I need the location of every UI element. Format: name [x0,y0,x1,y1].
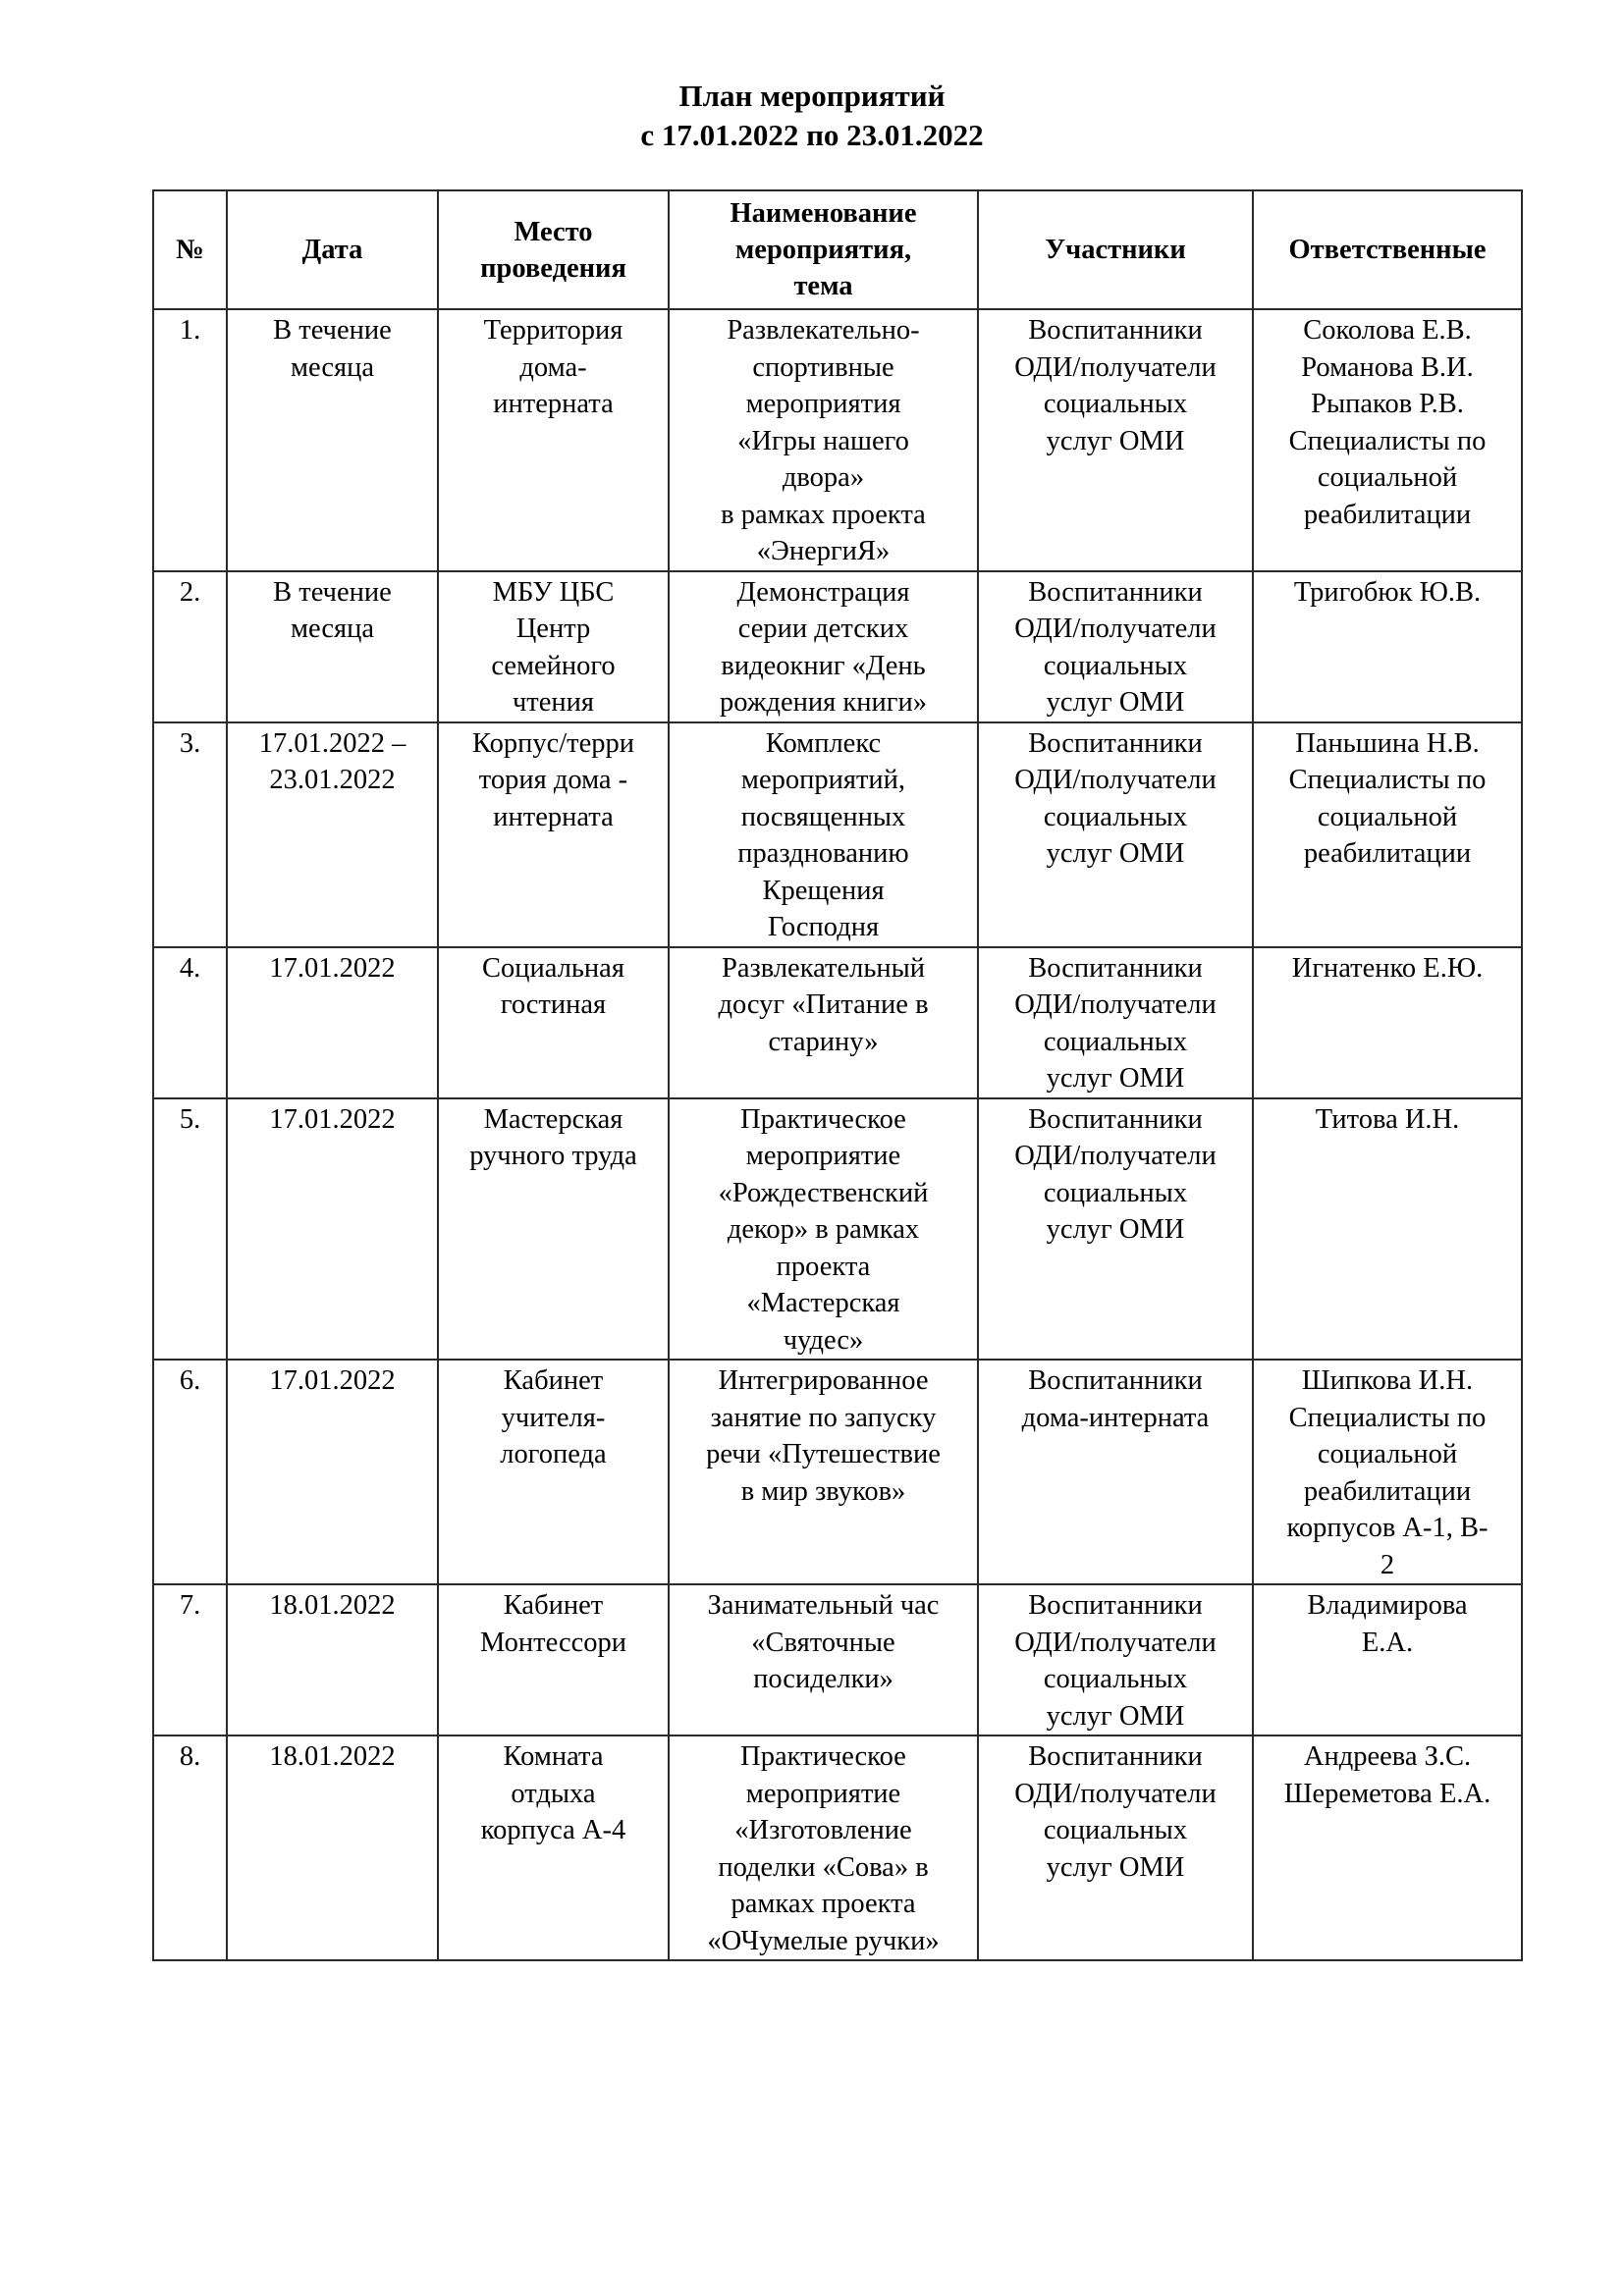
cell-text-line: Рыпаков Р.В. [1258,386,1517,423]
cell-text-line: Комплекс [674,725,973,763]
cell-text-line: декор» в рамках [674,1211,973,1249]
cell-text-line: видеокниг «День [674,648,973,685]
table-row: 3.17.01.2022 –23.01.2022Корпус/территори… [153,722,1522,947]
table-row: 4.17.01.2022СоциальнаягостинаяРазвлекате… [153,947,1522,1098]
cell-participants: ВоспитанникиОДИ/получателисоциальныхуслу… [978,1735,1253,1960]
cell-place: Корпус/территория дома -интерната [438,722,669,947]
cell-text-line: семейного [443,648,664,685]
cell-text-line: услуг ОМИ [983,1211,1248,1249]
cell-text-line: проекта [674,1249,973,1286]
cell-date: 18.01.2022 [227,1735,438,1960]
cell-date: В течениемесяца [227,309,438,571]
cell-text-line: социальных [983,1661,1248,1698]
cell-date: 17.01.2022 [227,947,438,1098]
cell-text-line: 2 [1258,1547,1517,1584]
cell-text-line: двора» [674,459,973,497]
cell-text-line: Паньшина Н.В. [1258,725,1517,763]
cell-date: В течениемесяца [227,571,438,722]
table-header-row: № Дата Место проведения Наименование мер… [153,190,1522,309]
cell-text-line: празднованию [674,835,973,873]
document-title: План мероприятий [0,77,1624,116]
cell-text-line: Воспитанники [983,1738,1248,1776]
cell-text-line: Практическое [674,1101,973,1139]
cell-place: МБУ ЦБСЦентрсемейногочтения [438,571,669,722]
cell-event-name: Комплексмероприятий,посвященныхпразднова… [669,722,978,947]
cell-text-line: социальных [983,648,1248,685]
cell-text-line: мероприятий, [674,762,973,799]
cell-text-line: «ЭнергиЯ» [674,533,973,570]
cell-text-line: ручного труда [443,1138,664,1175]
cell-date: 18.01.2022 [227,1584,438,1735]
cell-text-line: ОДИ/получатели [983,611,1248,648]
cell-text-line: мероприятие [674,1138,973,1175]
cell-text-line: Корпус/терри [443,725,664,763]
cell-text-line: посвященных [674,799,973,836]
cell-text-line: месяца [232,611,433,648]
cell-text-line: Воспитанники [983,1101,1248,1139]
cell-text-line: услуг ОМИ [983,423,1248,460]
cell-text-line: мероприятие [674,1776,973,1813]
cell-text-line: социальных [983,1024,1248,1061]
table-row: 1.В течениемесяцаТерриториядома-интернат… [153,309,1522,571]
cell-text-line: гостиная [443,987,664,1024]
table-row: 6.17.01.2022Кабинетучителя-логопедаИнтег… [153,1360,1522,1584]
cell-text-line: Кабинет [443,1362,664,1400]
cell-event-name: Демонстрациясерии детскихвидеокниг «День… [669,571,978,722]
cell-text-line: интерната [443,799,664,836]
cell-responsible: Титова И.Н. [1253,1098,1522,1361]
cell-text-line: «Изготовление [674,1812,973,1849]
cell-text-line: Воспитанники [983,950,1248,988]
cell-place: Социальнаягостиная [438,947,669,1098]
header-number: № [153,190,227,309]
cell-text-line: социальных [983,1175,1248,1212]
cell-text-line: дома- [443,349,664,387]
cell-text-line: Развлекательно- [674,312,973,349]
cell-text-line: Практическое [674,1738,973,1776]
cell-responsible: ВладимироваЕ.А. [1253,1584,1522,1735]
cell-text-line: Е.А. [1258,1625,1517,1662]
cell-text-line: серии детских [674,611,973,648]
cell-text-line: 18.01.2022 [232,1738,433,1776]
cell-text-line: услуг ОМИ [983,835,1248,873]
cell-participants: ВоспитанникиОДИ/получателисоциальныхуслу… [978,722,1253,947]
cell-text-line: месяца [232,349,433,387]
cell-event-name: Развлекательныйдосуг «Питание встарину» [669,947,978,1098]
cell-text-line: социальной [1258,799,1517,836]
cell-text-line: Мастерская [443,1101,664,1139]
table-row: 7.18.01.2022КабинетМонтессориЗанимательн… [153,1584,1522,1735]
cell-number: 1. [153,309,227,571]
cell-text-line: МБУ ЦБС [443,574,664,612]
cell-text-line: в рамках проекта [674,497,973,534]
cell-date: 17.01.2022 –23.01.2022 [227,722,438,947]
cell-event-name: Практическоемероприятие«Изготовлениеподе… [669,1735,978,1960]
cell-number: 5. [153,1098,227,1361]
cell-responsible: Шипкова И.Н.Специалисты посоциальнойреаб… [1253,1360,1522,1584]
cell-text-line: ОДИ/получатели [983,987,1248,1024]
cell-text-line: Развлекательный [674,950,973,988]
cell-text-line: мероприятия [674,386,973,423]
cell-date: 17.01.2022 [227,1098,438,1361]
cell-participants: ВоспитанникиОДИ/получателисоциальныхуслу… [978,309,1253,571]
cell-number: 3. [153,722,227,947]
cell-text-line: 23.01.2022 [232,762,433,799]
header-participants: Участники [978,190,1253,309]
cell-text-line: «Игры нашего [674,423,973,460]
cell-number: 8. [153,1735,227,1960]
cell-text-line: Территория [443,312,664,349]
cell-text-line: Владимирова [1258,1587,1517,1625]
document-header: План мероприятий с 17.01.2022 по 23.01.2… [0,77,1624,155]
cell-number: 4. [153,947,227,1098]
table-body: 1.В течениемесяцаТерриториядома-интернат… [153,309,1522,1960]
cell-text-line: реабилитации [1258,1473,1517,1511]
events-plan-table: № Дата Место проведения Наименование мер… [152,189,1523,1961]
cell-text-line: ОДИ/получатели [983,1776,1248,1813]
cell-participants: ВоспитанникиОДИ/получателисоциальныхуслу… [978,1584,1253,1735]
cell-text-line: услуг ОМИ [983,684,1248,721]
cell-text-line: 18.01.2022 [232,1587,433,1625]
cell-text-line: Титова И.Н. [1258,1101,1517,1139]
cell-text-line: Шипкова И.Н. [1258,1362,1517,1400]
cell-number: 2. [153,571,227,722]
cell-responsible: Соколова Е.В.Романова В.И.Рыпаков Р.В.Сп… [1253,309,1522,571]
cell-text-line: Специалисты по [1258,762,1517,799]
cell-date: 17.01.2022 [227,1360,438,1584]
cell-text-line: рамках проекта [674,1886,973,1923]
cell-text-line: корпусов А-1, В- [1258,1510,1517,1547]
cell-text-line: учителя- [443,1400,664,1437]
cell-text-line: 17.01.2022 [232,1362,433,1400]
cell-place: Мастерскаяручного труда [438,1098,669,1361]
header-date: Дата [227,190,438,309]
cell-participants: ВоспитанникиОДИ/получателисоциальныхуслу… [978,947,1253,1098]
cell-text-line: в мир звуков» [674,1473,973,1511]
cell-text-line: логопеда [443,1436,664,1473]
cell-text-line: интерната [443,386,664,423]
cell-text-line: «Рождественский [674,1175,973,1212]
cell-text-line: Господня [674,909,973,946]
cell-place: Комнатаотдыхакорпуса А-4 [438,1735,669,1960]
cell-text-line: В течение [232,574,433,612]
table-row: 8.18.01.2022Комнатаотдыхакорпуса А-4Прак… [153,1735,1522,1960]
cell-text-line: Игнатенко Е.Ю. [1258,950,1517,988]
document-period: с 17.01.2022 по 23.01.2022 [0,116,1624,155]
cell-event-name: Практическоемероприятие«Рождественскийде… [669,1098,978,1361]
cell-participants: ВоспитанникиОДИ/получателисоциальныхуслу… [978,1098,1253,1361]
cell-text-line: Воспитанники [983,725,1248,763]
cell-text-line: чтения [443,684,664,721]
cell-participants: Воспитанникидома-интерната [978,1360,1253,1584]
cell-text-line: 17.01.2022 [232,950,433,988]
cell-text-line: услуг ОМИ [983,1698,1248,1735]
cell-text-line: спортивные [674,349,973,387]
cell-text-line: услуг ОМИ [983,1060,1248,1097]
cell-event-name: Занимательный час«Святочныепосиделки» [669,1584,978,1735]
cell-text-line: посиделки» [674,1661,973,1698]
cell-text-line: занятие по запуску [674,1400,973,1437]
cell-text-line: досуг «Питание в [674,987,973,1024]
cell-text-line: Воспитанники [983,574,1248,612]
cell-text-line: Социальная [443,950,664,988]
cell-responsible: Андреева З.С.Шереметова Е.А. [1253,1735,1522,1960]
cell-text-line: Крещения [674,873,973,910]
cell-text-line: социальной [1258,459,1517,497]
cell-text-line: Специалисты по [1258,1400,1517,1437]
cell-responsible: Паньшина Н.В.Специалисты посоциальнойреа… [1253,722,1522,947]
cell-text-line: Андреева З.С. [1258,1738,1517,1776]
cell-place: Территориядома-интерната [438,309,669,571]
cell-text-line: Демонстрация [674,574,973,612]
cell-text-line: отдыха [443,1776,664,1813]
cell-text-line: реабилитации [1258,497,1517,534]
cell-text-line: ОДИ/получатели [983,1138,1248,1175]
cell-text-line: социальных [983,386,1248,423]
cell-text-line: Романова В.И. [1258,349,1517,387]
cell-text-line: корпуса А-4 [443,1812,664,1849]
cell-text-line: старину» [674,1024,973,1061]
cell-text-line: тория дома - [443,762,664,799]
cell-responsible: Игнатенко Е.Ю. [1253,947,1522,1098]
cell-text-line: Специалисты по [1258,423,1517,460]
cell-text-line: Комната [443,1738,664,1776]
cell-text-line: чудес» [674,1322,973,1360]
cell-text-line: Воспитанники [983,1362,1248,1400]
cell-text-line: поделки «Сова» в [674,1849,973,1887]
cell-text-line: ОДИ/получатели [983,349,1248,387]
cell-text-line: реабилитации [1258,835,1517,873]
cell-text-line: Занимательный час [674,1587,973,1625]
cell-text-line: Тригобюк Ю.В. [1258,574,1517,612]
cell-text-line: социальных [983,1812,1248,1849]
cell-text-line: Воспитанники [983,312,1248,349]
header-event-name: Наименование мероприятия, тема [669,190,978,309]
table-row: 2.В течениемесяцаМБУ ЦБСЦентрсемейногочт… [153,571,1522,722]
cell-event-name: Развлекательно-спортивныемероприятия«Игр… [669,309,978,571]
cell-text-line: дома-интерната [983,1400,1248,1437]
cell-text-line: Воспитанники [983,1587,1248,1625]
header-place: Место проведения [438,190,669,309]
cell-text-line: «Мастерская [674,1285,973,1322]
cell-text-line: «ОЧумелые ручки» [674,1923,973,1960]
cell-text-line: ОДИ/получатели [983,1625,1248,1662]
cell-text-line: Монтессори [443,1625,664,1662]
cell-place: Кабинетучителя-логопеда [438,1360,669,1584]
cell-text-line: социальных [983,799,1248,836]
cell-text-line: Кабинет [443,1587,664,1625]
cell-text-line: 17.01.2022 [232,1101,433,1139]
cell-text-line: Интегрированное [674,1362,973,1400]
table-row: 5.17.01.2022Мастерскаяручного трудаПракт… [153,1098,1522,1361]
cell-text-line: услуг ОМИ [983,1849,1248,1887]
cell-text-line: В течение [232,312,433,349]
cell-responsible: Тригобюк Ю.В. [1253,571,1522,722]
header-responsible: Ответственные [1253,190,1522,309]
cell-number: 6. [153,1360,227,1584]
cell-place: КабинетМонтессори [438,1584,669,1735]
cell-event-name: Интегрированноезанятие по запускуречи «П… [669,1360,978,1584]
cell-text-line: ОДИ/получатели [983,762,1248,799]
cell-text-line: социальной [1258,1436,1517,1473]
cell-participants: ВоспитанникиОДИ/получателисоциальныхуслу… [978,571,1253,722]
cell-text-line: Соколова Е.В. [1258,312,1517,349]
cell-text-line: 17.01.2022 – [232,725,433,763]
cell-text-line: «Святочные [674,1625,973,1662]
cell-text-line: Центр [443,611,664,648]
cell-text-line: речи «Путешествие [674,1436,973,1473]
cell-number: 7. [153,1584,227,1735]
cell-text-line: рождения книги» [674,684,973,721]
cell-text-line: Шереметова Е.А. [1258,1776,1517,1813]
